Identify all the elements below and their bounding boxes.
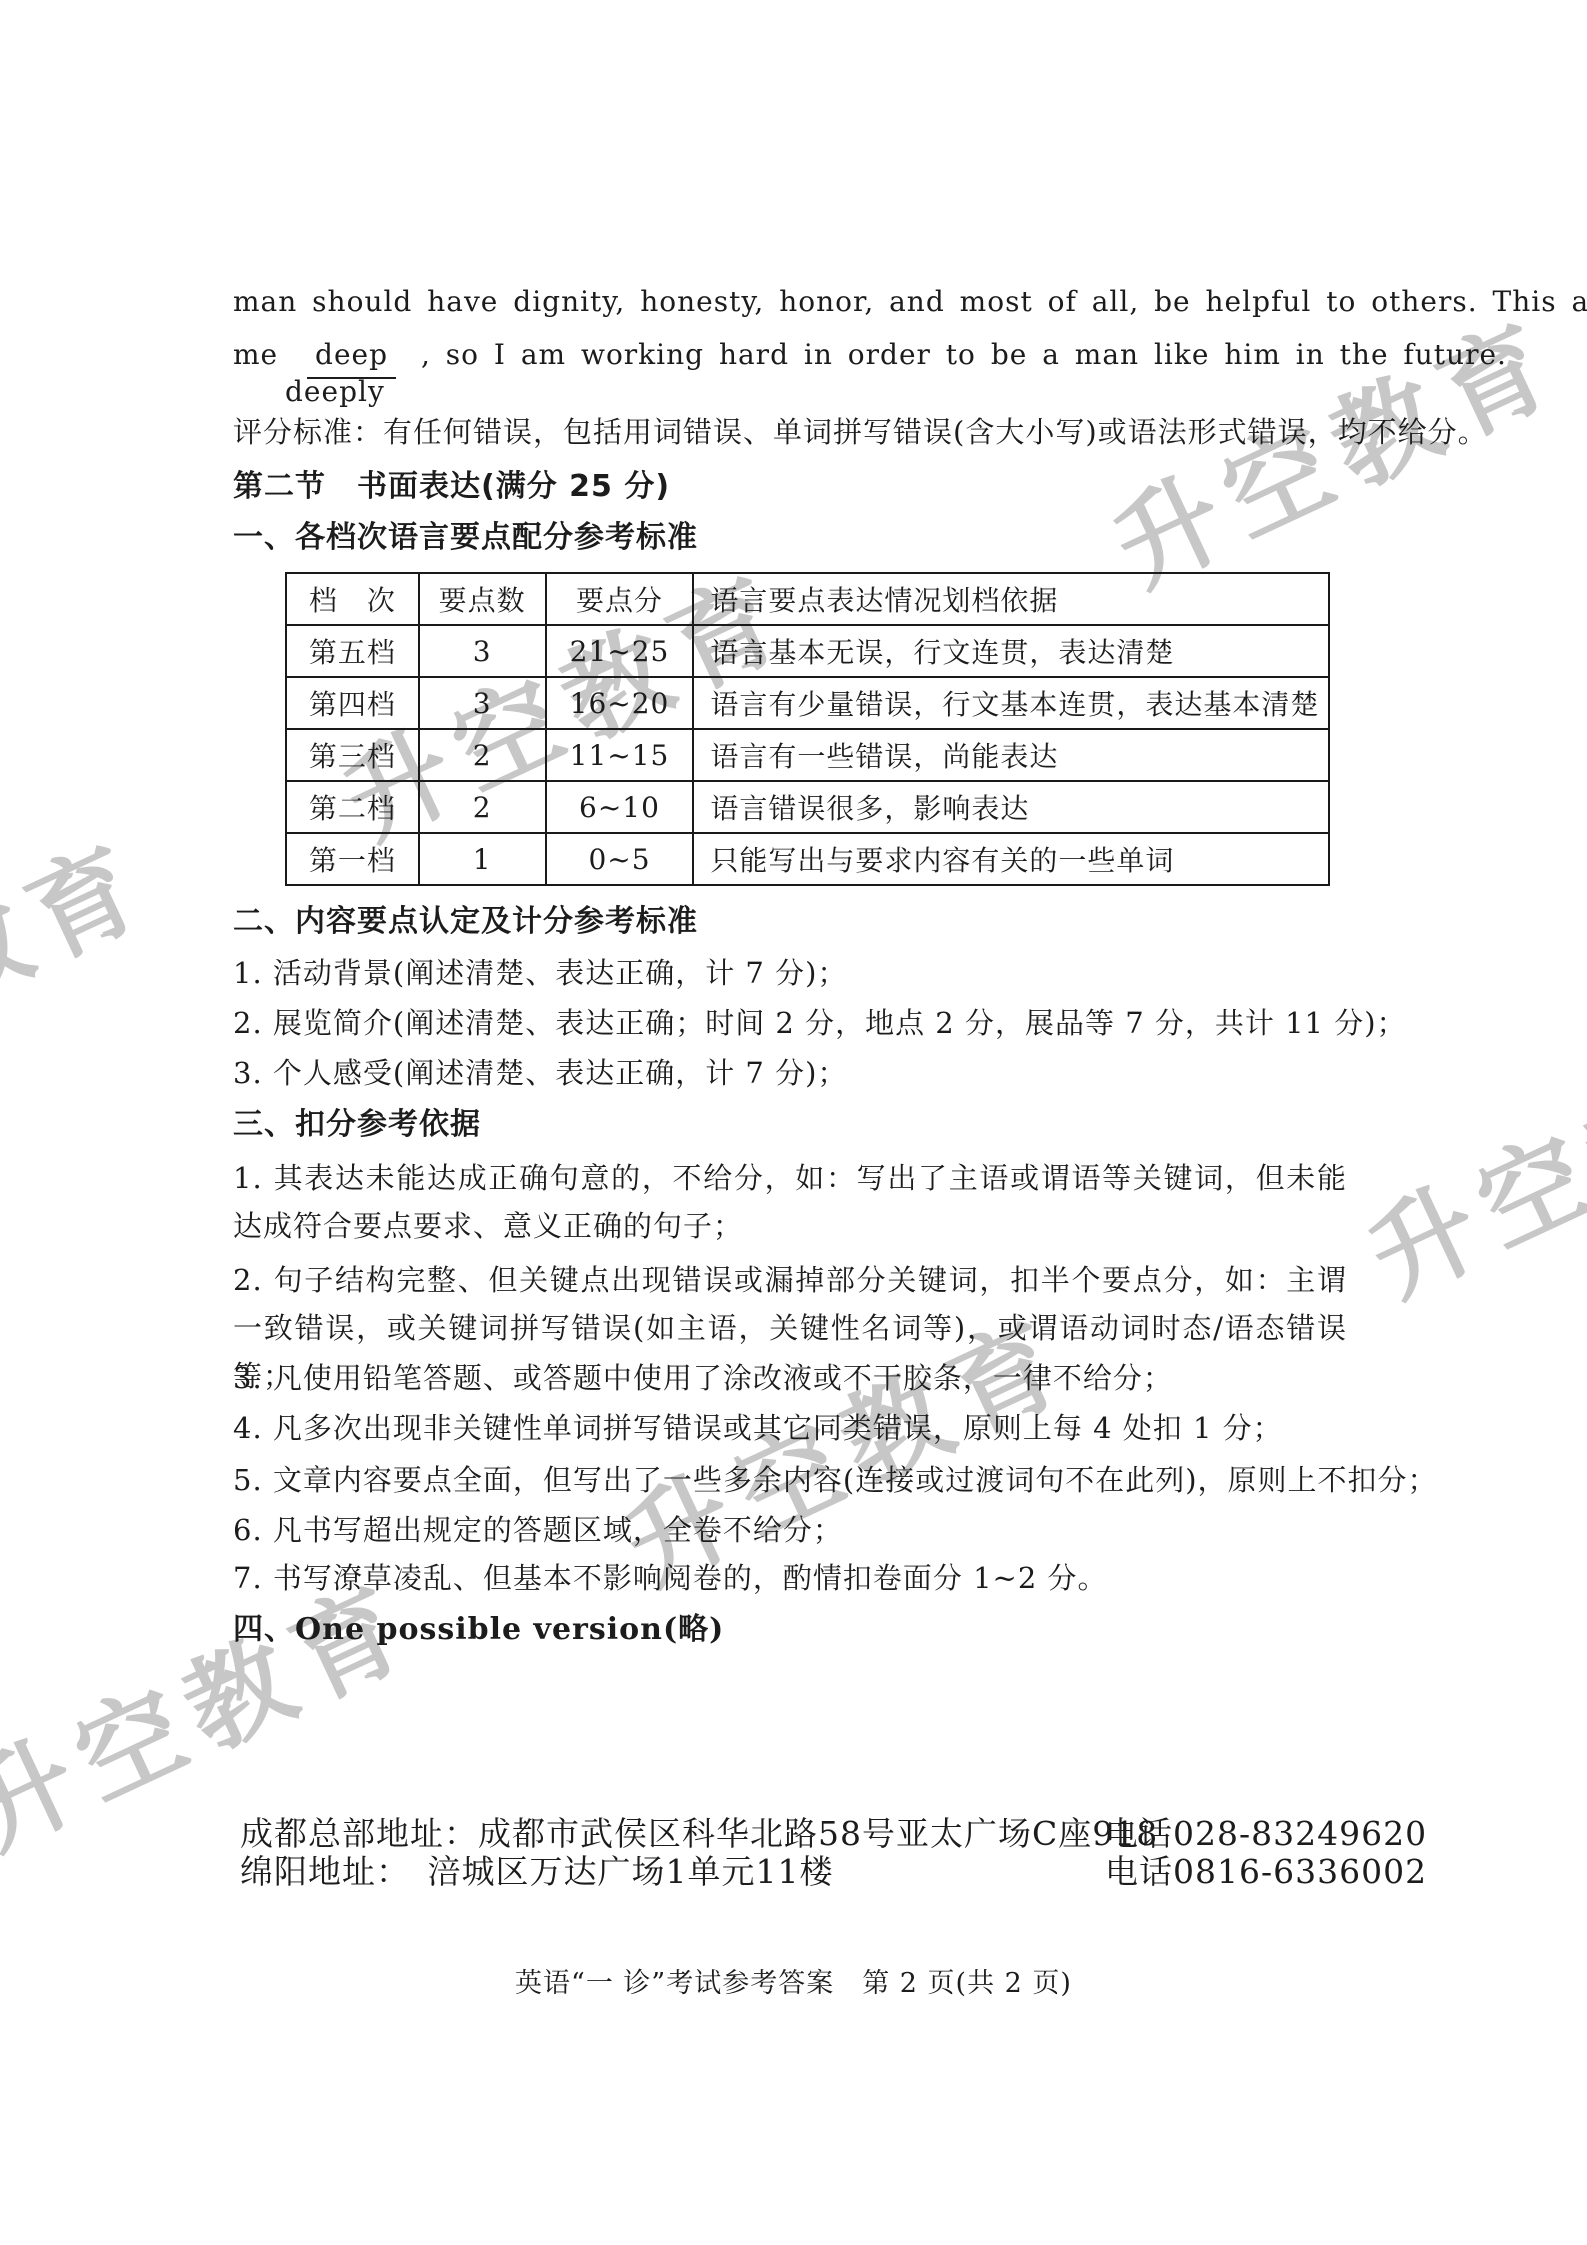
watermark-left-edge: 升空教育 (0, 800, 172, 1138)
grading-note: 评分标准：有任何错误，包括用词错误、单词拼写错误(含大小写)或语法形式错误，均不… (233, 407, 1347, 457)
part3-item-7: 7. 书写潦草凌乱、但基本不影响阅卷的，酌情扣卷面分 1~2 分。 (233, 1553, 1347, 1603)
table-header-row: 档 次 要点数 要点分 语言要点表达情况划档依据 (286, 573, 1329, 625)
part3-heading: 三、扣分参考依据 (233, 1100, 1347, 1150)
count-cell: 2 (419, 781, 546, 833)
criteria-cell: 语言基本无误，行文连贯，表达清楚 (693, 625, 1329, 677)
mianyang-address: 涪城区万达广场1单元11楼 (428, 1852, 834, 1891)
table-row: 第四档 3 16~20 语言有少量错误，行文基本连贯，表达基本清楚 (286, 677, 1329, 729)
part2-item-2: 2. 展览简介(阐述清楚、表达正确；时间 2 分，地点 2 分，展品等 7 分，… (233, 998, 1347, 1048)
chengdu-address-label: 成都总部地址： (240, 1814, 478, 1853)
header-point-score: 要点分 (546, 573, 694, 625)
table-row: 第五档 3 21~25 语言基本无误，行文连贯，表达清楚 (286, 625, 1329, 677)
criteria-cell: 语言有一些错误，尚能表达 (693, 729, 1329, 781)
score-cell: 16~20 (546, 677, 694, 729)
answer-sheet-page: 升空教育 升空教育 升空教育 升空教育 升空教育 升空教育 man should… (0, 0, 1587, 2245)
count-cell: 3 (419, 677, 546, 729)
grade-cell: 第四档 (286, 677, 419, 729)
page-footer: 英语“一 诊”考试参考答案 第 2 页(共 2 页) (0, 1962, 1587, 2006)
grade-cell: 第三档 (286, 729, 419, 781)
criteria-cell: 只能写出与要求内容有关的一些单词 (693, 833, 1329, 885)
mianyang-phone: 电话0816-6336002 (1105, 1850, 1427, 1894)
grade-cell: 第五档 (286, 625, 419, 677)
part2-item-3: 3. 个人感受(阐述清楚、表达正确，计 7 分)； (233, 1048, 1347, 1098)
table-row: 第三档 2 11~15 语言有一些错误，尚能表达 (286, 729, 1329, 781)
part3-item-1: 1. 其表达未能达成正确句意的，不给分，如：写出了主语或谓语等关键词，但未能达成… (233, 1154, 1347, 1250)
part1-heading: 一、各档次语言要点配分参考标准 (233, 513, 1347, 563)
score-cell: 6~10 (546, 781, 694, 833)
scoring-table: 档 次 要点数 要点分 语言要点表达情况划档依据 第五档 3 21~25 语言基… (285, 572, 1330, 886)
part2-heading: 二、内容要点认定及计分参考标准 (233, 897, 1347, 947)
part2-item-1: 1. 活动背景(阐述清楚、表达正确，计 7 分)； (233, 948, 1347, 998)
score-cell: 11~15 (546, 729, 694, 781)
mianyang-address-label: 绵阳地址： (240, 1852, 428, 1891)
essay-line-1: man should have dignity, honesty, honor,… (233, 277, 1347, 327)
header-point-count: 要点数 (419, 573, 546, 625)
score-cell: 0~5 (546, 833, 694, 885)
table-row: 第一档 1 0~5 只能写出与要求内容有关的一些单词 (286, 833, 1329, 885)
score-cell: 21~25 (546, 625, 694, 677)
part3-item-6: 6. 凡书写超出规定的答题区域，全卷不给分； (233, 1505, 1347, 1555)
chengdu-address: 成都市武侯区科华北路58号亚太广场C座918 (478, 1814, 1158, 1853)
grade-cell: 第一档 (286, 833, 419, 885)
section2-heading: 第二节 书面表达(满分 25 分) (233, 462, 1347, 512)
criteria-cell: 语言有少量错误，行文基本连贯，表达基本清楚 (693, 677, 1329, 729)
table-row: 第二档 2 6~10 语言错误很多，影响表达 (286, 781, 1329, 833)
count-cell: 1 (419, 833, 546, 885)
header-criteria: 语言要点表达情况划档依据 (693, 573, 1329, 625)
count-cell: 3 (419, 625, 546, 677)
contact-line-mianyang: 绵阳地址： 涪城区万达广场1单元11楼 电话0816-6336002 (240, 1850, 1420, 1894)
part3-item-4: 4. 凡多次出现非关键性单词拼写错误或其它同类错误，原则上每 4 处扣 1 分； (233, 1403, 1347, 1453)
part3-item-3: 3. 凡使用铅笔答题、或答题中使用了涂改液或不干胶条，一律不给分； (233, 1353, 1347, 1403)
count-cell: 2 (419, 729, 546, 781)
criteria-cell: 语言错误很多，影响表达 (693, 781, 1329, 833)
part3-item-5: 5. 文章内容要点全面，但写出了一些多余内容(连接或过渡词句不在此列)，原则上不… (233, 1455, 1347, 1505)
header-grade: 档 次 (286, 573, 419, 625)
grade-cell: 第二档 (286, 781, 419, 833)
part4-heading: 四、One possible version(略) (233, 1605, 1347, 1655)
